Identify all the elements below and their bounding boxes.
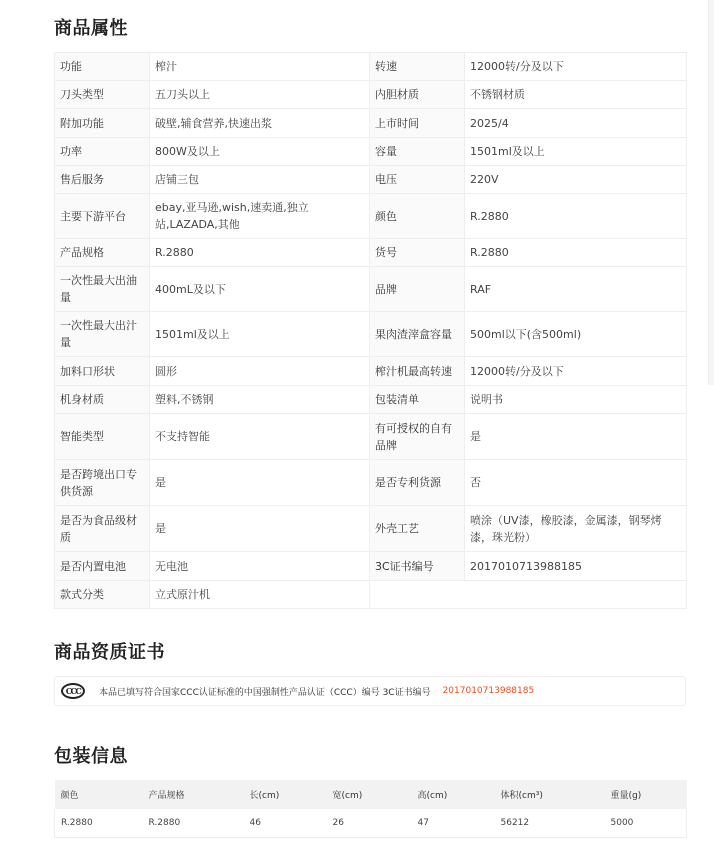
attribute-value: 塑料,不锈钢 bbox=[150, 386, 370, 414]
attribute-label: 附加功能 bbox=[55, 109, 150, 138]
packaging-cell: 56212 bbox=[495, 809, 605, 837]
attribute-label: 智能类型 bbox=[55, 414, 150, 460]
packaging-cell: 46 bbox=[244, 809, 327, 837]
attribute-row: 款式分类立式原汁机 bbox=[55, 581, 687, 609]
attribute-value: 立式原汁机 bbox=[150, 581, 370, 609]
attribute-row: 是否跨境出口专供货源是是否专利货源否 bbox=[55, 460, 687, 506]
attribute-label: 是否为食品级材质 bbox=[55, 506, 150, 552]
attribute-value: 1501ml及以上 bbox=[465, 138, 687, 166]
attribute-label: 主要下游平台 bbox=[55, 194, 150, 239]
attribute-value: 店铺三包 bbox=[150, 166, 370, 194]
attribute-value: 五刀头以上 bbox=[150, 81, 370, 109]
attribute-row: 机身材质塑料,不锈钢包装清单说明书 bbox=[55, 386, 687, 414]
attribute-row: 功率800W及以上容量1501ml及以上 bbox=[55, 138, 687, 166]
attribute-label: 是否内置电池 bbox=[55, 552, 150, 581]
attribute-value: 破壁,辅食营养,快速出浆 bbox=[150, 109, 370, 138]
attribute-row: 是否为食品级材质是外壳工艺喷涂（UV漆，橡胶漆，金属漆，钢琴烤漆，珠光粉） bbox=[55, 506, 687, 552]
attribute-label: 转速 bbox=[370, 53, 465, 81]
attribute-row: 加料口形状圆形榨汁机最高转速12000转/分及以下 bbox=[55, 357, 687, 386]
attribute-label: 功能 bbox=[55, 53, 150, 81]
attribute-value: 是 bbox=[150, 460, 370, 506]
attribute-label: 容量 bbox=[370, 138, 465, 166]
attribute-label: 品牌 bbox=[370, 267, 465, 312]
attribute-label: 外壳工艺 bbox=[370, 506, 465, 552]
packaging-cell: 5000 bbox=[605, 809, 687, 837]
packaging-cell: R.2880 bbox=[143, 809, 244, 837]
attribute-value: R.2880 bbox=[465, 239, 687, 267]
attributes-table: 功能榨汁转速12000转/分及以下刀头类型五刀头以上内胆材质不锈钢材质附加功能破… bbox=[54, 52, 687, 609]
attribute-value: 2017010713988185 bbox=[465, 552, 687, 581]
packaging-header: 宽(cm) bbox=[327, 780, 412, 809]
attribute-row: 是否内置电池无电池3C证书编号2017010713988185 bbox=[55, 552, 687, 581]
attribute-label: 有可授权的自有品牌 bbox=[370, 414, 465, 460]
attribute-label: 加料口形状 bbox=[55, 357, 150, 386]
attribute-label: 货号 bbox=[370, 239, 465, 267]
attribute-value: 否 bbox=[465, 460, 687, 506]
attribute-value: 不锈钢材质 bbox=[465, 81, 687, 109]
certificate-number: 2017010713988185 bbox=[443, 686, 535, 696]
attribute-label: 刀头类型 bbox=[55, 81, 150, 109]
attribute-value: 12000转/分及以下 bbox=[465, 53, 687, 81]
attribute-value: 500ml以下(含500ml) bbox=[465, 312, 687, 357]
attribute-label: 一次性最大出汁量 bbox=[55, 312, 150, 357]
attribute-value: 圆形 bbox=[150, 357, 370, 386]
certificate-title: 商品资质证书 bbox=[54, 638, 165, 664]
attribute-value: 1501ml及以上 bbox=[150, 312, 370, 357]
attribute-label: 颜色 bbox=[370, 194, 465, 239]
attribute-label: 产品规格 bbox=[55, 239, 150, 267]
attribute-row: 功能榨汁转速12000转/分及以下 bbox=[55, 53, 687, 81]
attribute-label: 榨汁机最高转速 bbox=[370, 357, 465, 386]
attribute-value: ebay,亚马逊,wish,速卖通,独立站,LAZADA,其他 bbox=[150, 194, 370, 239]
attribute-value: 800W及以上 bbox=[150, 138, 370, 166]
attribute-row: 附加功能破壁,辅食营养,快速出浆上市时间2025/4 bbox=[55, 109, 687, 138]
packaging-row: R.2880R.2880462647562125000 bbox=[55, 809, 687, 837]
packaging-header: 长(cm) bbox=[244, 780, 327, 809]
attribute-label: 内胆材质 bbox=[370, 81, 465, 109]
attribute-row: 主要下游平台ebay,亚马逊,wish,速卖通,独立站,LAZADA,其他颜色R… bbox=[55, 194, 687, 239]
attribute-row: 智能类型不支持智能有可授权的自有品牌是 bbox=[55, 414, 687, 460]
attribute-label: 是否专利货源 bbox=[370, 460, 465, 506]
attribute-value: 220V bbox=[465, 166, 687, 194]
certificate-text: 本品已填写符合国家CCC认证标准的中国强制性产品认证（CCC）编号 3C证书编号 bbox=[99, 685, 431, 698]
attribute-label: 上市时间 bbox=[370, 109, 465, 138]
attribute-value: 400mL及以下 bbox=[150, 267, 370, 312]
attribute-value: 12000转/分及以下 bbox=[465, 357, 687, 386]
packaging-title: 包装信息 bbox=[54, 742, 128, 768]
attribute-row: 产品规格R.2880货号R.2880 bbox=[55, 239, 687, 267]
attribute-label: 款式分类 bbox=[55, 581, 150, 609]
attribute-label: 一次性最大出油量 bbox=[55, 267, 150, 312]
attribute-value: R.2880 bbox=[150, 239, 370, 267]
packaging-header: 颜色 bbox=[55, 780, 143, 809]
attribute-label: 电压 bbox=[370, 166, 465, 194]
ccc-icon: CCC bbox=[61, 683, 85, 699]
attribute-row: 售后服务店铺三包电压220V bbox=[55, 166, 687, 194]
packaging-header: 重量(g) bbox=[605, 780, 687, 809]
scrollbar[interactable] bbox=[708, 0, 714, 385]
attribute-label: 3C证书编号 bbox=[370, 552, 465, 581]
packaging-header: 体积(cm³) bbox=[495, 780, 605, 809]
empty-cell bbox=[370, 581, 687, 609]
packaging-cell: 47 bbox=[412, 809, 495, 837]
attribute-label: 是否跨境出口专供货源 bbox=[55, 460, 150, 506]
attribute-label: 售后服务 bbox=[55, 166, 150, 194]
attribute-value: 榨汁 bbox=[150, 53, 370, 81]
packaging-table: 颜色产品规格长(cm)宽(cm)高(cm)体积(cm³)重量(g) R.2880… bbox=[54, 780, 687, 838]
attribute-label: 机身材质 bbox=[55, 386, 150, 414]
attribute-value: 2025/4 bbox=[465, 109, 687, 138]
attribute-row: 一次性最大出汁量1501ml及以上果肉渣滓盒容量500ml以下(含500ml) bbox=[55, 312, 687, 357]
attribute-value: R.2880 bbox=[465, 194, 687, 239]
attribute-value: 说明书 bbox=[465, 386, 687, 414]
attribute-value: 不支持智能 bbox=[150, 414, 370, 460]
packaging-header-row: 颜色产品规格长(cm)宽(cm)高(cm)体积(cm³)重量(g) bbox=[55, 780, 687, 809]
attribute-label: 果肉渣滓盒容量 bbox=[370, 312, 465, 357]
attribute-row: 刀头类型五刀头以上内胆材质不锈钢材质 bbox=[55, 81, 687, 109]
attributes-title: 商品属性 bbox=[54, 14, 128, 40]
attribute-value: 喷涂（UV漆，橡胶漆，金属漆，钢琴烤漆，珠光粉） bbox=[465, 506, 687, 552]
certificate-box: CCC 本品已填写符合国家CCC认证标准的中国强制性产品认证（CCC）编号 3C… bbox=[54, 676, 686, 706]
attribute-value: 是 bbox=[150, 506, 370, 552]
packaging-header: 产品规格 bbox=[143, 780, 244, 809]
attribute-value: RAF bbox=[465, 267, 687, 312]
attribute-row: 一次性最大出油量400mL及以下品牌RAF bbox=[55, 267, 687, 312]
packaging-header: 高(cm) bbox=[412, 780, 495, 809]
attribute-label: 包装清单 bbox=[370, 386, 465, 414]
attribute-value: 是 bbox=[465, 414, 687, 460]
packaging-cell: 26 bbox=[327, 809, 412, 837]
attribute-value: 无电池 bbox=[150, 552, 370, 581]
attribute-label: 功率 bbox=[55, 138, 150, 166]
packaging-cell: R.2880 bbox=[55, 809, 143, 837]
